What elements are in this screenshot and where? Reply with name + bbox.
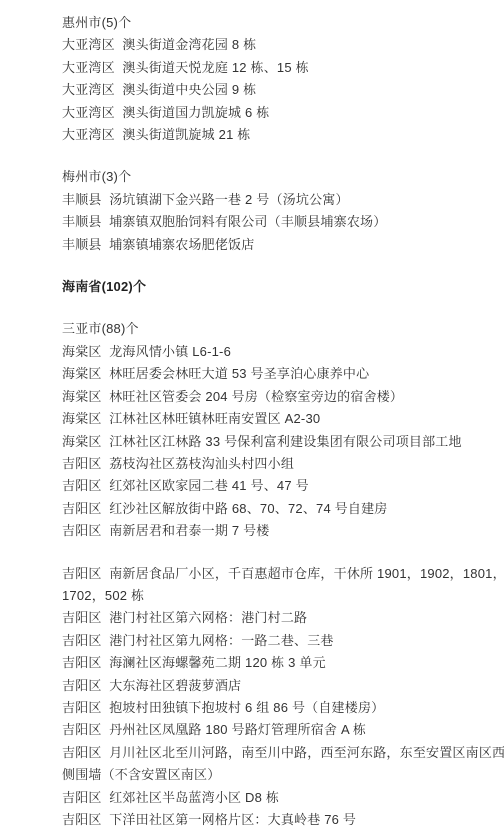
list-item: 吉阳区 南新居食品厂小区，千百惠超市仓库，干休所 1901，1902，1801， — [62, 563, 494, 585]
section-sanya-city-part1: 三亚市(88)个 海棠区 龙海风情小镇 L6-1-6 海棠区 林旺居委会林旺大道… — [62, 318, 494, 542]
city-heading: 三亚市(88)个 — [62, 318, 494, 340]
list-item: 吉阳区 抱坡村田独镇下抱坡村 6 组 86 号（自建楼房） — [62, 697, 494, 719]
list-item: 海棠区 林旺社区管委会 204 号房（检察室旁边的宿舍楼） — [62, 386, 494, 408]
list-item: 丰顺县 埔寨镇双胞胎饲料有限公司（丰顺县埔寨农场） — [62, 211, 494, 233]
section-meizhou-city: 梅州市(3)个 丰顺县 汤坑镇湖下金兴路一巷 2 号（汤坑公寓） 丰顺县 埔寨镇… — [62, 166, 494, 256]
list-item: 大亚湾区 澳头街道中央公园 9 栋 — [62, 79, 494, 101]
document-body: 惠州市(5)个 大亚湾区 澳头街道金湾花园 8 栋 大亚湾区 澳头街道天悦龙庭 … — [0, 0, 504, 831]
list-item: 丰顺县 汤坑镇湖下金兴路一巷 2 号（汤坑公寓） — [62, 189, 494, 211]
list-item-continuation: 侧围墙（不含安置区南区） — [62, 764, 494, 786]
list-item: 大亚湾区 澳头街道凯旋城 21 栋 — [62, 124, 494, 146]
list-item: 吉阳区 红郊社区欧家园二巷 41 号、47 号 — [62, 475, 494, 497]
list-item: 大亚湾区 澳头街道金湾花园 8 栋 — [62, 34, 494, 56]
province-heading: 海南省(102)个 — [62, 276, 494, 298]
list-item: 吉阳区 南新居君和君泰一期 7 号楼 — [62, 520, 494, 542]
list-item: 吉阳区 红沙社区解放街中路 68、70、72、74 号自建房 — [62, 498, 494, 520]
list-item: 吉阳区 下洋田社区第一网格片区：大真岭巷 76 号 — [62, 809, 494, 831]
list-item: 吉阳区 大东海社区碧菠萝酒店 — [62, 675, 494, 697]
list-item: 吉阳区 港门村社区第九网格：一路二巷、三巷 — [62, 630, 494, 652]
list-item: 吉阳区 港门村社区第六网格：港门村二路 — [62, 607, 494, 629]
list-item: 大亚湾区 澳头街道天悦龙庭 12 栋、15 栋 — [62, 57, 494, 79]
city-heading: 梅州市(3)个 — [62, 166, 494, 188]
list-item: 吉阳区 月川社区北至川河路，南至川中路，西至河东路，东至安置区南区西 — [62, 742, 494, 764]
list-item: 丰顺县 埔寨镇埔寨农场肥佬饭店 — [62, 234, 494, 256]
section-hainan-province: 海南省(102)个 — [62, 276, 494, 298]
list-item: 海棠区 江林社区林旺镇林旺南安置区 A2-30 — [62, 408, 494, 430]
list-item: 海棠区 江林社区江林路 33 号保利富利建设集团有限公司项目部工地 — [62, 431, 494, 453]
section-huizhou-city: 惠州市(5)个 大亚湾区 澳头街道金湾花园 8 栋 大亚湾区 澳头街道天悦龙庭 … — [62, 12, 494, 146]
list-item: 吉阳区 红郊社区半岛蓝湾小区 D8 栋 — [62, 787, 494, 809]
list-item: 吉阳区 海澜社区海螺馨苑二期 120 栋 3 单元 — [62, 652, 494, 674]
list-item: 吉阳区 荔枝沟社区荔枝沟汕头村四小组 — [62, 453, 494, 475]
list-item: 海棠区 龙海风情小镇 L6-1-6 — [62, 341, 494, 363]
list-item: 吉阳区 丹州社区凤凰路 180 号路灯管理所宿舍 A 栋 — [62, 719, 494, 741]
city-heading: 惠州市(5)个 — [62, 12, 494, 34]
section-sanya-city-part2: 吉阳区 南新居食品厂小区，千百惠超市仓库，干休所 1901，1902，1801，… — [62, 563, 494, 832]
list-item: 海棠区 林旺居委会林旺大道 53 号圣享泊心康养中心 — [62, 363, 494, 385]
list-item: 大亚湾区 澳头街道国力凯旋城 6 栋 — [62, 102, 494, 124]
list-item-continuation: 1702，502 栋 — [62, 585, 494, 607]
